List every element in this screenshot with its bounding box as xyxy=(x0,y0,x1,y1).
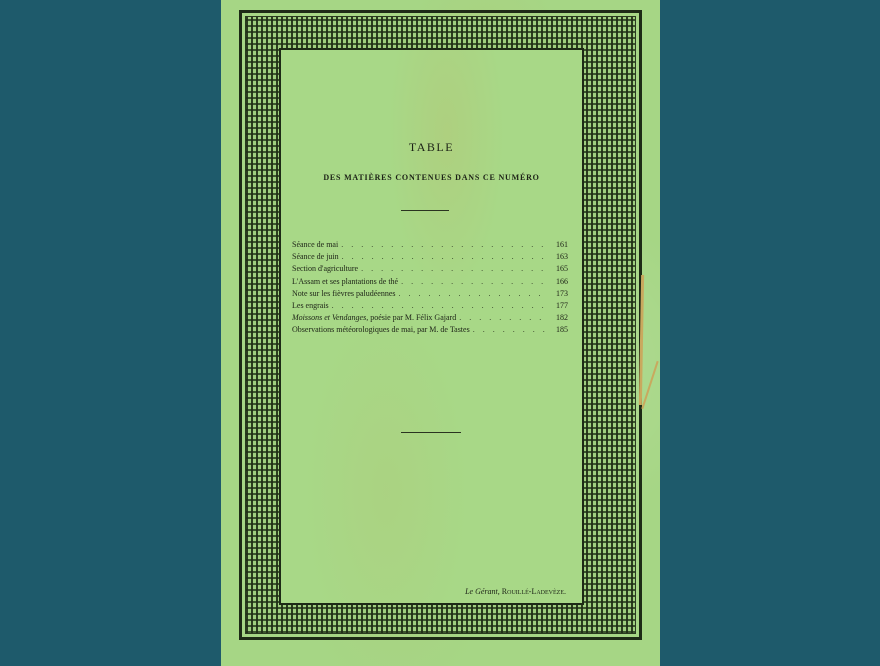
document-page: TABLE DES MATIÈRES CONTENUES DANS CE NUM… xyxy=(221,0,660,666)
signature-name: Rouillé-Ladevèze. xyxy=(502,587,566,596)
leader-dots xyxy=(401,276,547,288)
toc-entry: Note sur les fièvres paludéennes 173 xyxy=(292,288,568,300)
page-title: TABLE xyxy=(281,140,582,155)
toc-entry: Séance de mai 161 xyxy=(292,239,568,251)
leader-dots xyxy=(473,324,547,336)
toc-entry: Observations météorologiques de mai, par… xyxy=(292,324,568,336)
toc-entry-page: 165 xyxy=(550,263,568,275)
page-subtitle: DES MATIÈRES CONTENUES DANS CE NUMÉRO xyxy=(281,173,582,182)
toc-entry: Moissons et Vendanges, poésie par M. Fél… xyxy=(292,312,568,324)
content-panel: TABLE DES MATIÈRES CONTENUES DANS CE NUM… xyxy=(279,48,584,605)
leader-dots xyxy=(332,300,547,312)
toc-entry-title: Observations météorologiques de mai, par… xyxy=(292,324,470,336)
toc-entry-page: 161 xyxy=(550,239,568,251)
divider-top xyxy=(401,210,449,211)
toc-entry-title: Séance de mai xyxy=(292,239,338,251)
toc-entry: L'Assam et ses plantations de thé 166 xyxy=(292,276,568,288)
table-of-contents: Séance de mai 161 Séance de juin 163 Sec… xyxy=(292,239,568,337)
toc-entry: Section d'agriculture 165 xyxy=(292,263,568,275)
toc-entry: Les engrais 177 xyxy=(292,300,568,312)
toc-entry-page: 177 xyxy=(550,300,568,312)
toc-entry-page: 182 xyxy=(550,312,568,324)
divider-bottom xyxy=(401,432,461,433)
signature-label: Le Gérant, xyxy=(465,587,500,596)
leader-dots xyxy=(341,239,547,251)
leader-dots xyxy=(399,288,547,300)
toc-entry-italic-title: Moissons et Vendanges xyxy=(292,313,366,322)
toc-entry: Séance de juin 163 xyxy=(292,251,568,263)
toc-entry-title: L'Assam et ses plantations de thé xyxy=(292,276,398,288)
toc-entry-title-rest: , poésie par M. Félix Gajard xyxy=(366,313,456,322)
toc-entry-title: Section d'agriculture xyxy=(292,263,358,275)
toc-entry-title: Moissons et Vendanges, poésie par M. Fél… xyxy=(292,312,456,324)
toc-entry-title: Les engrais xyxy=(292,300,329,312)
leader-dots xyxy=(459,312,547,324)
toc-entry-page: 166 xyxy=(550,276,568,288)
toc-entry-page: 185 xyxy=(550,324,568,336)
toc-entry-title: Note sur les fièvres paludéennes xyxy=(292,288,396,300)
toc-entry-page: 163 xyxy=(550,251,568,263)
leader-dots xyxy=(342,251,547,263)
toc-entry-title: Séance de juin xyxy=(292,251,339,263)
toc-entry-page: 173 xyxy=(550,288,568,300)
leader-dots xyxy=(361,263,547,275)
publisher-signature: Le Gérant, Rouillé-Ladevèze. xyxy=(465,587,566,596)
